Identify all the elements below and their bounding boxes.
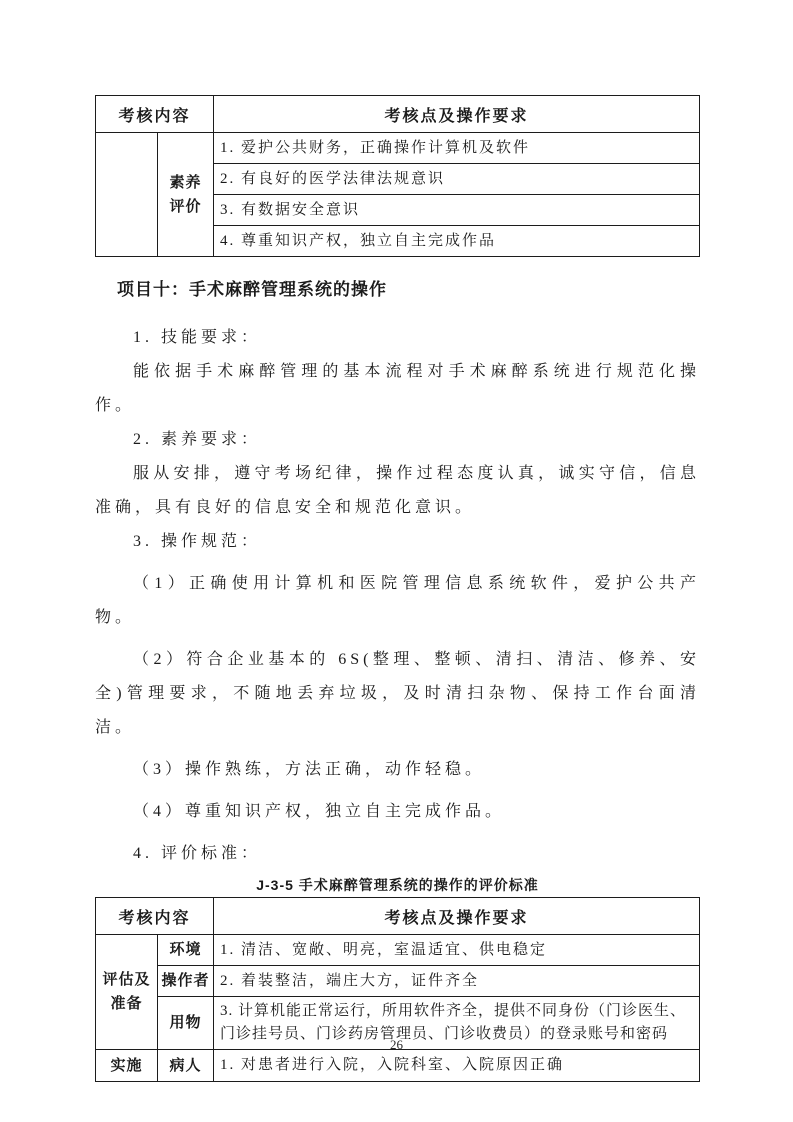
table-header-row: 考核内容 考核点及操作要求 xyxy=(96,96,700,133)
document-page: { "document": { "page_number": "26" }, "… xyxy=(0,0,793,1122)
section-body: 1. 技能要求： 能依据手术麻醉管理的基本流程对手术麻醉系统进行规范化操作。 2… xyxy=(95,321,700,871)
group-label-line: 评估及 xyxy=(98,968,155,992)
table-row: 操作者 2. 着装整洁，端庄大方，证件齐全 xyxy=(96,966,700,997)
row-label-line: 评价 xyxy=(160,195,211,219)
section-heading: 项目十：手术麻醉管理系统的操作 xyxy=(95,279,700,301)
group-label-line: 准备 xyxy=(98,992,155,1016)
page-content: 考核内容 考核点及操作要求 素养 评价 1. 爱护公共财务，正确操作计算机及软件… xyxy=(95,95,700,1082)
header-cell-content: 考核内容 xyxy=(96,898,214,935)
row-label-line: 素养 xyxy=(160,171,211,195)
group-label-shishi: 实施 xyxy=(96,1050,158,1082)
table-row: 实施 病人 1. 对患者进行入院，入院科室、入院原因正确 xyxy=(96,1050,700,1082)
evaluation-item: 1. 对患者进行入院，入院科室、入院原因正确 xyxy=(214,1050,700,1082)
evaluation-item: 1. 清洁、宽敞、明亮，室温适宜、供电稳定 xyxy=(214,935,700,966)
page-number: 26 xyxy=(0,1037,793,1053)
body-paragraph: 2. 素养要求： xyxy=(95,423,700,457)
assessment-item: 3. 有数据安全意识 xyxy=(214,195,700,226)
group-label-pinggu-zhunbei: 评估及 准备 xyxy=(96,935,158,1050)
body-paragraph: 4. 评价标准： xyxy=(95,837,700,871)
body-paragraph: 能依据手术麻醉管理的基本流程对手术麻醉系统进行规范化操作。 xyxy=(95,355,700,423)
category-cell-empty xyxy=(96,133,158,257)
sub-label-caozuozhe: 操作者 xyxy=(158,966,214,997)
body-paragraph: （3）操作熟练，方法正确，动作轻稳。 xyxy=(95,753,700,787)
header-cell-content: 考核内容 xyxy=(96,96,214,133)
body-paragraph: （2）符合企业基本的 6S(整理、整顿、清扫、清洁、修养、安全)管理要求，不随地… xyxy=(95,643,700,745)
assessment-item: 2. 有良好的医学法律法规意识 xyxy=(214,164,700,195)
assessment-item: 1. 爱护公共财务，正确操作计算机及软件 xyxy=(214,133,700,164)
assessment-table-top: 考核内容 考核点及操作要求 素养 评价 1. 爱护公共财务，正确操作计算机及软件… xyxy=(95,95,700,257)
body-paragraph: （4）尊重知识产权，独立自主完成作品。 xyxy=(95,795,700,829)
body-paragraph: 1. 技能要求： xyxy=(95,321,700,355)
body-paragraph: 3. 操作规范： xyxy=(95,525,700,559)
sub-label-huanjing: 环境 xyxy=(158,935,214,966)
row-label-suyang-pingjia: 素养 评价 xyxy=(158,133,214,257)
body-paragraph: （1）正确使用计算机和医院管理信息系统软件，爱护公共产物。 xyxy=(95,567,700,635)
evaluation-item: 2. 着装整洁，端庄大方，证件齐全 xyxy=(214,966,700,997)
table-caption: J-3-5 手术麻醉管理系统的操作的评价标准 xyxy=(95,875,700,895)
assessment-item: 4. 尊重知识产权，独立自主完成作品 xyxy=(214,226,700,257)
table-row: 素养 评价 1. 爱护公共财务，正确操作计算机及软件 xyxy=(96,133,700,164)
body-paragraph: 服从安排，遵守考场纪律，操作过程态度认真，诚实守信，信息准确，具有良好的信息安全… xyxy=(95,457,700,525)
header-cell-points: 考核点及操作要求 xyxy=(214,898,700,935)
table-row: 评估及 准备 环境 1. 清洁、宽敞、明亮，室温适宜、供电稳定 xyxy=(96,935,700,966)
header-cell-points: 考核点及操作要求 xyxy=(214,96,700,133)
sub-label-bingren: 病人 xyxy=(158,1050,214,1082)
evaluation-table-bottom: 考核内容 考核点及操作要求 评估及 准备 环境 1. 清洁、宽敞、明亮，室温适宜… xyxy=(95,897,700,1082)
table-header-row: 考核内容 考核点及操作要求 xyxy=(96,898,700,935)
